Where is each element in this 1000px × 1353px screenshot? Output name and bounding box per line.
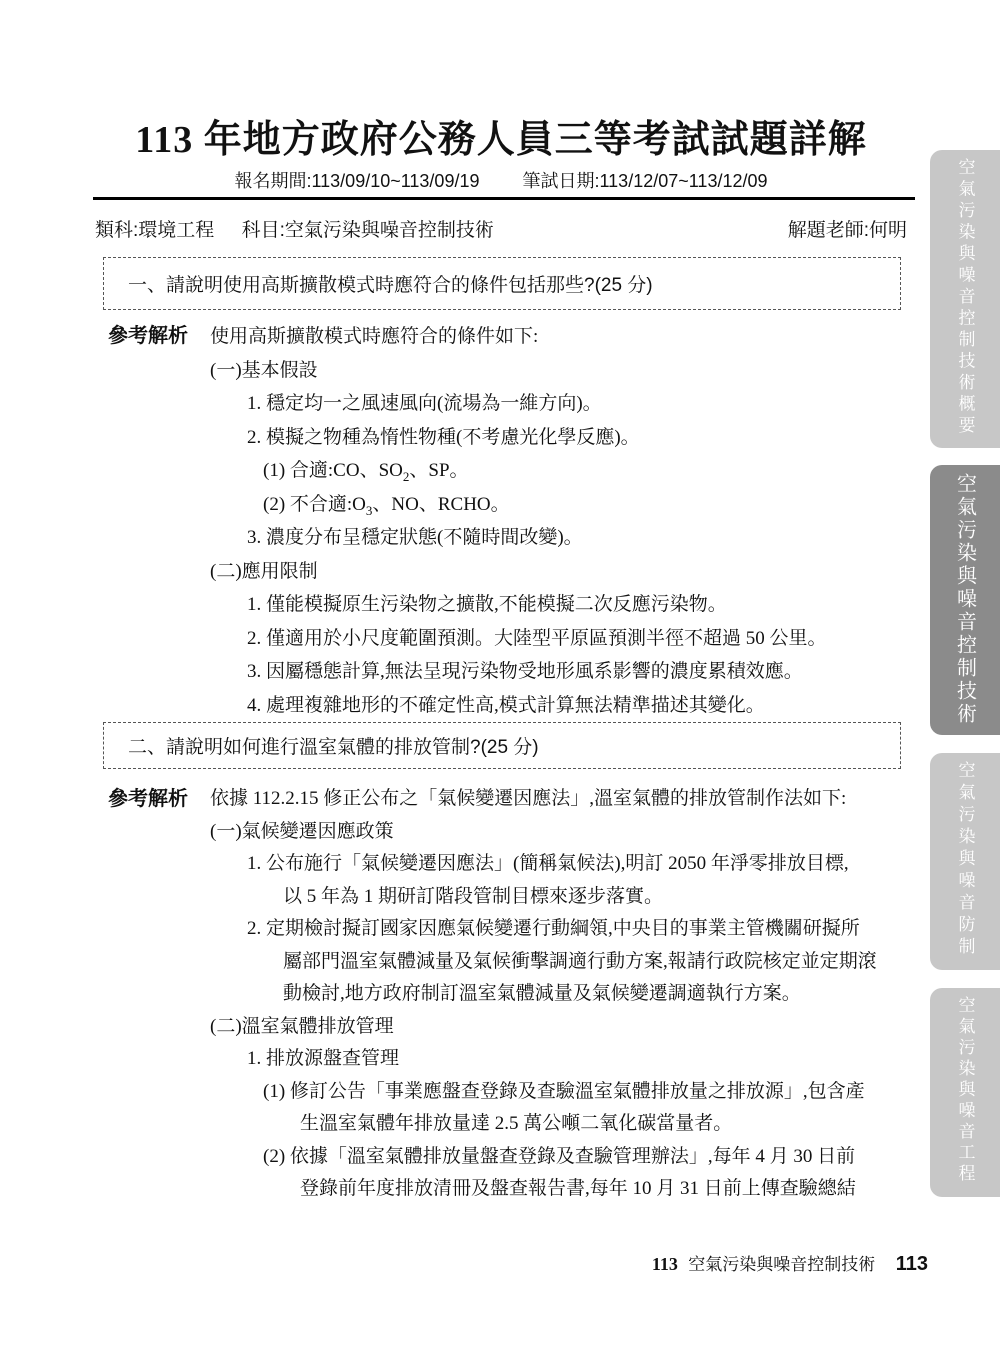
answer-line: 1. 排放源盤查管理 — [247, 1043, 907, 1076]
answer-line: 動檢討,地方政府制訂溫室氣體減量及氣候變遷調適執行方案。 — [283, 978, 907, 1011]
answer-line: 登錄前年度排放清冊及盤查報告書,每年 10 月 31 日前上傳查驗總結 — [300, 1173, 907, 1206]
sidebar-tab-4: 空氣污染與噪音工程 — [930, 988, 1000, 1197]
text-run: 使用高斯擴散模式時應符合的條件如下: — [210, 326, 538, 347]
text-run: 動檢討,地方政府制訂溫室氣體減量及氣候變遷調適執行方案。 — [283, 983, 801, 1004]
answer-1-block: 參考解析使用高斯擴散模式時應符合的條件如下:(一)基本假設1. 穩定均一之風速風… — [95, 320, 907, 722]
header-divider — [93, 197, 915, 200]
reference-analysis-label: 參考解析 — [108, 320, 188, 354]
answer-line: 1. 僅能模擬原生污染物之擴散,不能模擬二次反應污染物。 — [247, 588, 907, 622]
text-run: 屬部門溫室氣體減量及氣候衝擊調適行動方案,報請行政院核定並定期滾 — [283, 951, 877, 972]
sidebar-tab-3: 空氣污染與噪音防制 — [930, 753, 1000, 970]
answer-line: 參考解析依據 112.2.15 修正公布之「氣候變遷因應法」,溫室氣體的排放管制… — [210, 783, 907, 816]
footer-book-number: 113 — [652, 1254, 678, 1274]
text-run: 以 5 年為 1 期研訂階段管制目標來逐步落實。 — [283, 886, 663, 907]
book-page: 113 年地方政府公務人員三等考試試題詳解 報名期間:113/09/10~113… — [0, 0, 1000, 1353]
answer-line: 2. 僅適用於小尺度範圍預測。大陸型平原區預測半徑不超過 50 公里。 — [247, 622, 907, 656]
text-run: 生溫室氣體年排放量達 2.5 萬公噸二氧化碳當量者。 — [300, 1113, 732, 1134]
text-run: 1. 穩定均一之風速風向(流場為一維方向)。 — [247, 393, 602, 414]
answer-line: 4. 處理複雜地形的不確定性高,模式計算無法精準描述其變化。 — [247, 689, 907, 723]
question-2-text: 二、請說明如何進行溫室氣體的排放管制?(25 分) — [128, 732, 539, 759]
text-run: 1. 公布施行「氣候變遷因應法」(簡稱氣候法),明訂 2050 年淨零排放目標, — [247, 853, 849, 874]
sidebar-tab-label: 空氣污染與噪音控制技術概要 — [953, 150, 978, 448]
meta-row: 類科:環境工程 科目:空氣污染與噪音控制技術 解題老師:何明 — [95, 215, 907, 242]
subject-label: 科目:空氣污染與噪音控制技術 — [242, 220, 494, 241]
reference-analysis-label: 參考解析 — [108, 783, 188, 816]
text-run: 、SP。 — [409, 460, 468, 481]
answer-line: (二)溫室氣體排放管理 — [210, 1011, 907, 1044]
text-run: 、NO、RCHO。 — [372, 494, 509, 515]
text-run: 3. 因屬穩態計算,無法呈現污染物受地形風系影響的濃度累積效應。 — [247, 661, 803, 682]
sidebar-tab-label: 空氣污染與噪音控制技術 — [951, 465, 980, 735]
answer-line: (2) 不合適:O3、NO、RCHO。 — [263, 488, 907, 522]
text-run: 2. 模擬之物種為惰性物種(不考慮光化學反應)。 — [247, 427, 640, 448]
answer-line: (2) 依據「溫室氣體排放量盤查登錄及查驗管理辦法」,每年 4 月 30 日前 — [263, 1141, 907, 1174]
text-run: (一)氣候變遷因應政策 — [210, 821, 394, 842]
question-1-text: 一、請說明使用高斯擴散模式時應符合的條件包括那些?(25 分) — [128, 270, 653, 297]
footer-page-number: 113 — [896, 1253, 928, 1275]
text-run: 登錄前年度排放清冊及盤查報告書,每年 10 月 31 日前上傳查驗總結 — [300, 1178, 856, 1199]
answer-line: (1) 合適:CO、SO2、SP。 — [263, 454, 907, 488]
category-label: 類科:環境工程 — [95, 220, 214, 241]
question-1-box: 一、請說明使用高斯擴散模式時應符合的條件包括那些?(25 分) — [103, 257, 901, 310]
text-run: (2) 依據「溫室氣體排放量盤查登錄及查驗管理辦法」,每年 4 月 30 日前 — [263, 1146, 855, 1167]
answer-line: 3. 因屬穩態計算,無法呈現污染物受地形風系影響的濃度累積效應。 — [247, 655, 907, 689]
question-2-box: 二、請說明如何進行溫室氣體的排放管制?(25 分) — [103, 722, 901, 769]
answer-line: 1. 穩定均一之風速風向(流場為一維方向)。 — [247, 387, 907, 421]
text-run: (一)基本假設 — [210, 360, 318, 381]
registration-period: 報名期間:113/09/10~113/09/19 — [234, 171, 479, 191]
text-run: 1. 排放源盤查管理 — [247, 1048, 399, 1069]
text-run: 1. 僅能模擬原生污染物之擴散,不能模擬二次反應污染物。 — [247, 594, 727, 615]
answer-line: 2. 模擬之物種為惰性物種(不考慮光化學反應)。 — [247, 421, 907, 455]
text-run: 4. 處理複雜地形的不確定性高,模式計算無法精準描述其變化。 — [247, 695, 765, 716]
text-run: (二)溫室氣體排放管理 — [210, 1016, 394, 1037]
exam-dates-row: 報名期間:113/09/10~113/09/19 筆試日期:113/12/07~… — [95, 167, 907, 193]
text-run: 2. 僅適用於小尺度範圍預測。大陸型平原區預測半徑不超過 50 公里。 — [247, 628, 827, 649]
answer-2-block: 參考解析依據 112.2.15 修正公布之「氣候變遷因應法」,溫室氣體的排放管制… — [95, 783, 907, 1206]
text-run: 依據 112.2.15 修正公布之「氣候變遷因應法」,溫室氣體的排放管制作法如下… — [210, 788, 846, 809]
answer-line: 3. 濃度分布呈穩定狀態(不隨時間改變)。 — [247, 521, 907, 555]
text-run: 2. 定期檢討擬訂國家因應氣候變遷行動綱領,中央目的事業主管機關研擬所 — [247, 918, 860, 939]
text-run: 3. 濃度分布呈穩定狀態(不隨時間改變)。 — [247, 527, 583, 548]
sidebar-tab-label: 空氣污染與噪音防制 — [953, 753, 978, 970]
meta-left: 類科:環境工程 科目:空氣污染與噪音控制技術 — [95, 215, 494, 242]
page-footer: 113 空氣污染與噪音控制技術 113 — [95, 1250, 928, 1276]
answer-line: (一)氣候變遷因應政策 — [210, 816, 907, 849]
text-run: (二)應用限制 — [210, 561, 318, 582]
sidebar-tab-2-active: 空氣污染與噪音控制技術 — [930, 465, 1000, 735]
sidebar-tab-label: 空氣污染與噪音工程 — [953, 988, 978, 1197]
text-run: (1) 修訂公告「事業應盤查登錄及查驗溫室氣體排放量之排放源」,包含產 — [263, 1081, 865, 1102]
page-title: 113 年地方政府公務人員三等考試試題詳解 — [95, 108, 907, 163]
footer-subject: 空氣污染與噪音控制技術 — [688, 1255, 875, 1274]
answer-line: 以 5 年為 1 期研訂階段管制目標來逐步落實。 — [283, 881, 907, 914]
teacher-label: 解題老師:何明 — [788, 215, 907, 242]
answer-line: (1) 修訂公告「事業應盤查登錄及查驗溫室氣體排放量之排放源」,包含產 — [263, 1076, 907, 1109]
answer-line: (一)基本假設 — [210, 354, 907, 388]
answer-line: (二)應用限制 — [210, 555, 907, 589]
text-run: (1) 合適:CO、SO — [263, 460, 403, 481]
text-run: (2) 不合適:O — [263, 494, 366, 515]
answer-line: 屬部門溫室氣體減量及氣候衝擊調適行動方案,報請行政院核定並定期滾 — [283, 946, 907, 979]
answer-line: 1. 公布施行「氣候變遷因應法」(簡稱氣候法),明訂 2050 年淨零排放目標, — [247, 848, 907, 881]
written-exam-date: 筆試日期:113/12/07~113/12/09 — [523, 171, 768, 191]
answer-line: 2. 定期檢討擬訂國家因應氣候變遷行動綱領,中央目的事業主管機關研擬所 — [247, 913, 907, 946]
answer-line: 參考解析使用高斯擴散模式時應符合的條件如下: — [210, 320, 907, 354]
answer-line: 生溫室氣體年排放量達 2.5 萬公噸二氧化碳當量者。 — [300, 1108, 907, 1141]
sidebar-tab-1: 空氣污染與噪音控制技術概要 — [930, 150, 1000, 448]
